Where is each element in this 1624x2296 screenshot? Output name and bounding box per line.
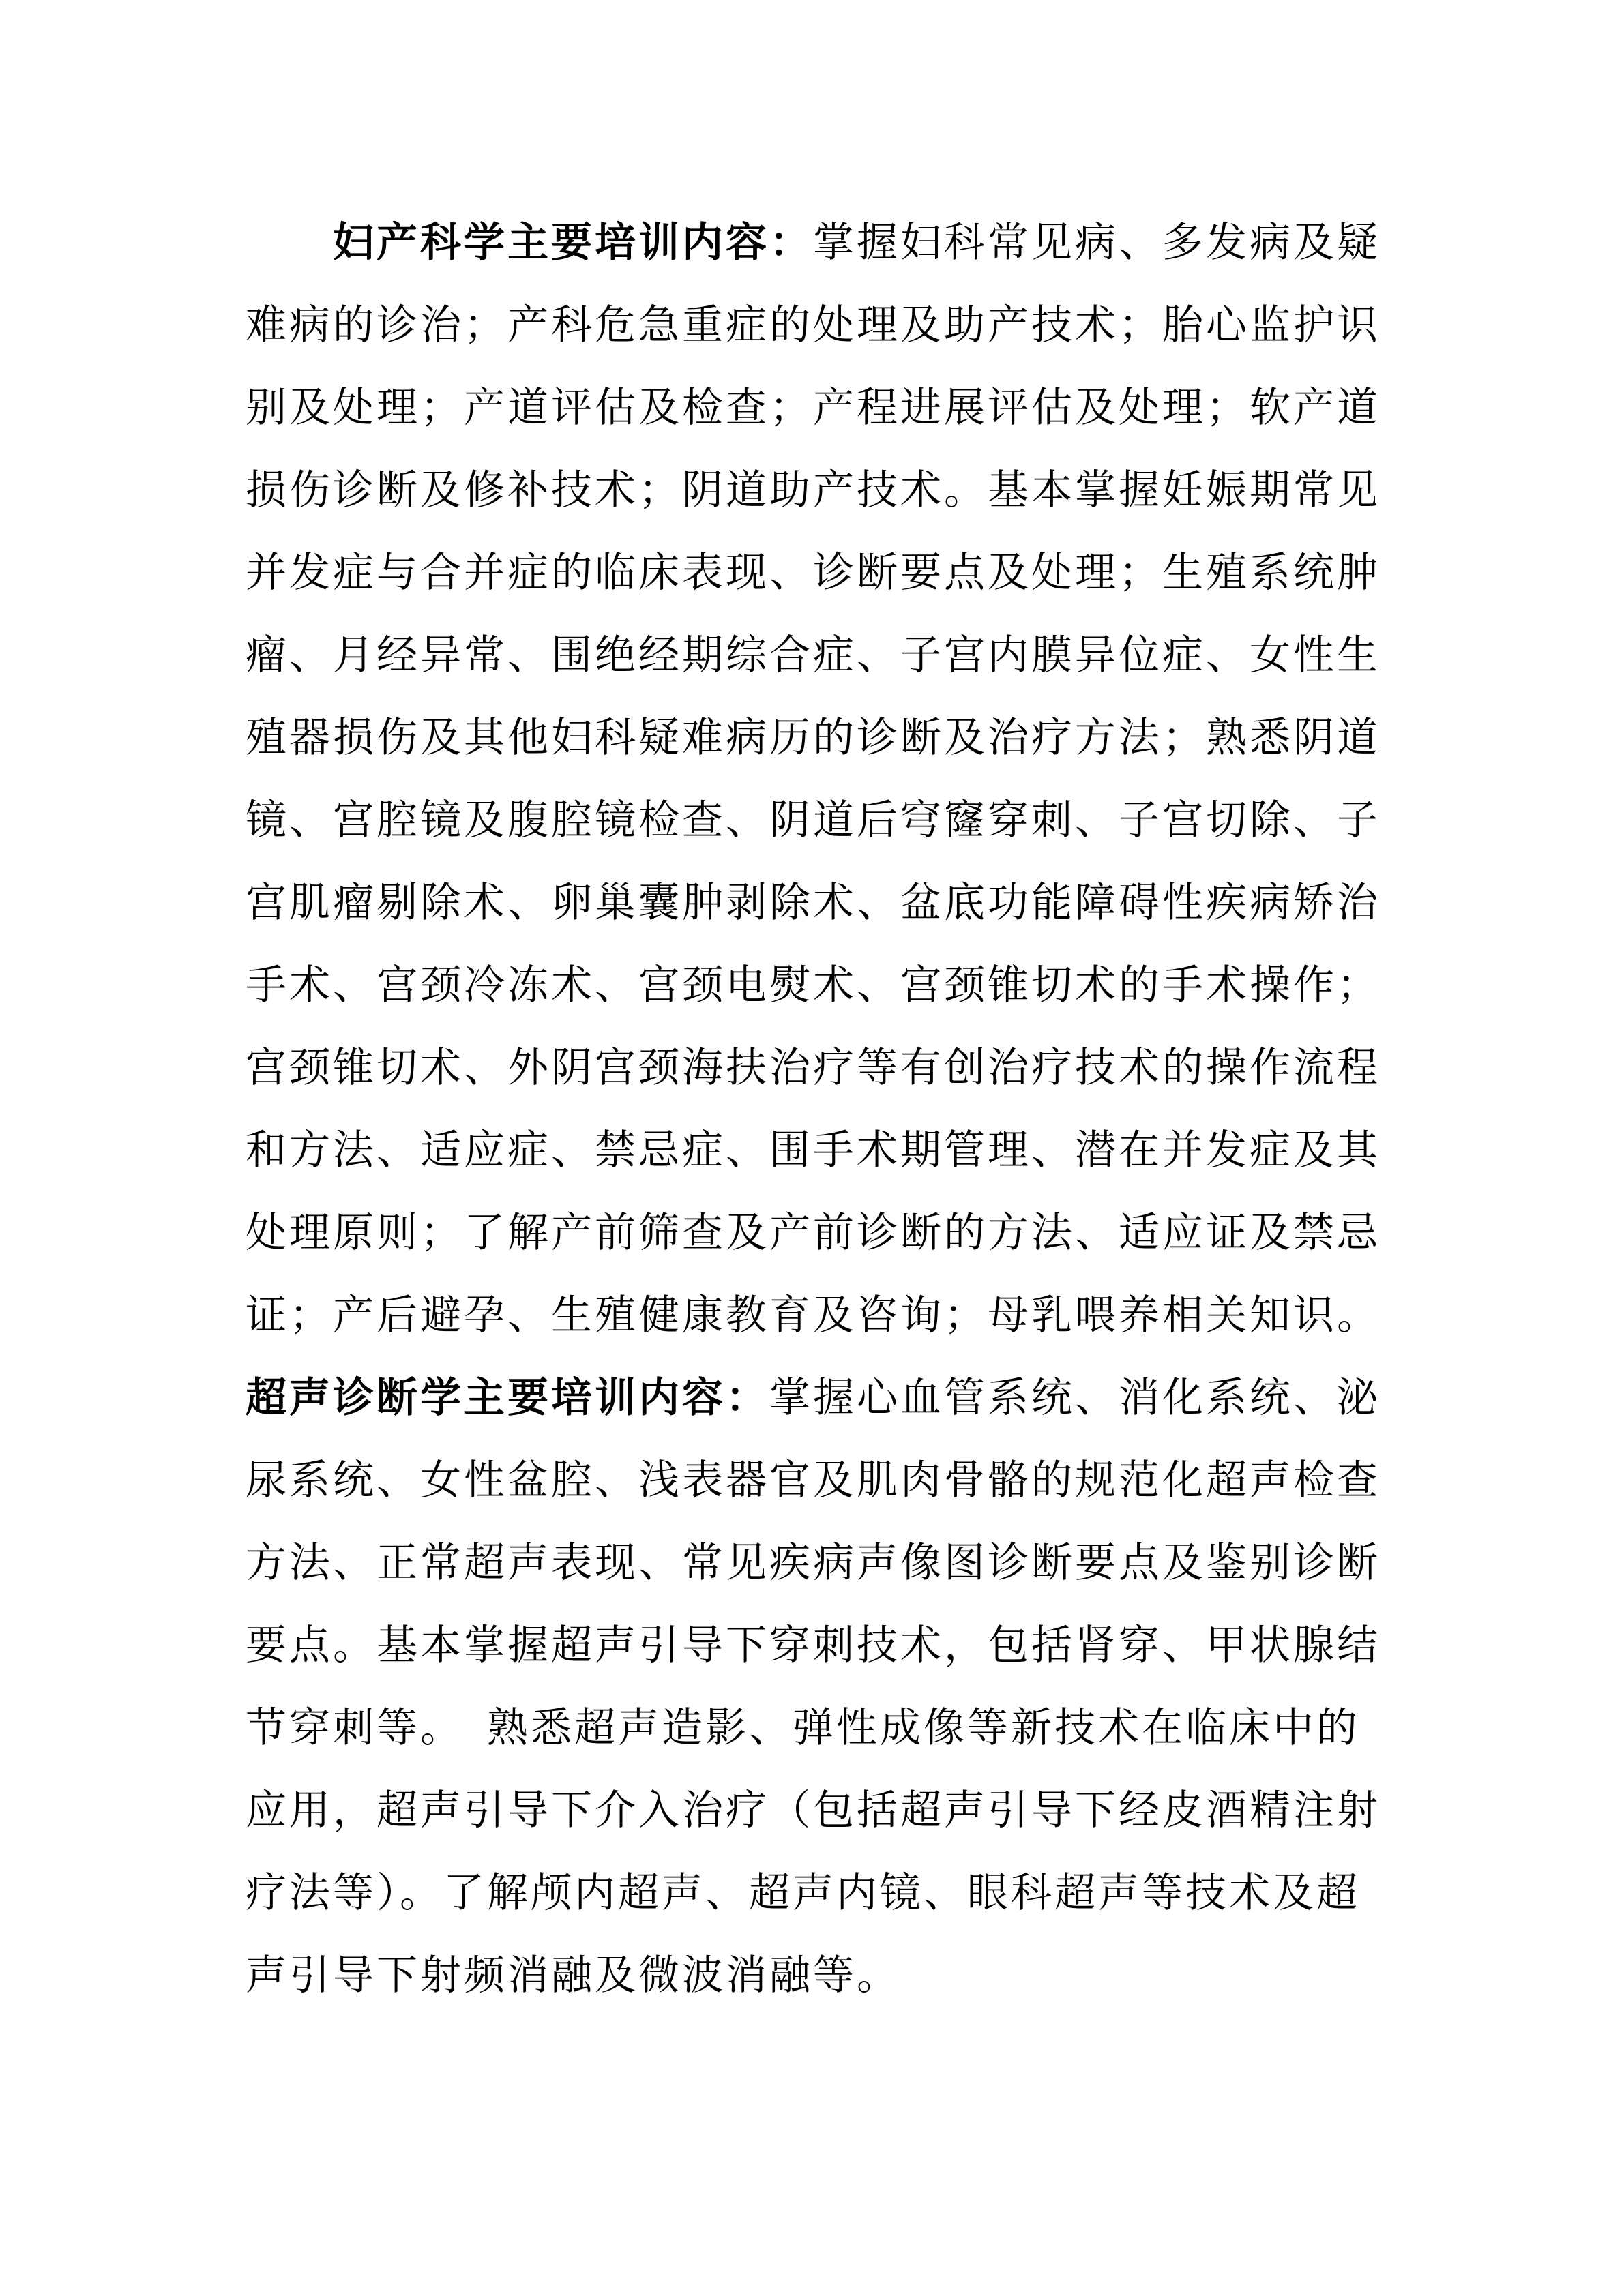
paragraph-body-text: 声引导下射频消融及微波消融等。	[246, 1953, 900, 1998]
text-line: 宫颈锥切术、外阴宫颈海扶治疗等有创治疗技术的操作流程	[246, 1027, 1391, 1109]
paragraph-body-text: 节穿刺等。 熟悉超声造影、弹性成像等新技术在临床中的	[246, 1705, 1360, 1750]
paragraph-body-text: 手术、宫颈冷冻术、宫颈电熨术、宫颈锥切术的手术操作；	[246, 963, 1381, 1008]
text-line: 瘤、月经异常、围绝经期综合症、子宫内膜异位症、女性生	[246, 614, 1391, 697]
text-line: 并发症与合并症的临床表现、诊断要点及处理；生殖系统肿	[246, 532, 1391, 614]
paragraph-body-text: 瘤、月经异常、围绝经期综合症、子宫内膜异位症、女性生	[246, 633, 1381, 678]
text-line: 损伤诊断及修补技术；阴道助产技术。基本掌握妊娠期常见	[246, 449, 1391, 532]
text-line: 镜、宫腔镜及腹腔镜检查、阴道后穹窿穿刺、子宫切除、子	[246, 779, 1391, 862]
text-line: 尿系统、女性盆腔、浅表器官及肌肉骨骼的规范化超声检查	[246, 1440, 1391, 1522]
text-line: 手术、宫颈冷冻术、宫颈电熨术、宫颈锥切术的手术操作；	[246, 944, 1391, 1027]
paragraph-body-text: 尿系统、女性盆腔、浅表器官及肌肉骨骼的规范化超声检查	[246, 1458, 1381, 1503]
paragraph-heading-text: 妇产科学主要培训内容：	[333, 220, 813, 265]
paragraph-body-text: 要点。基本掌握超声引导下穿刺技术，包括肾穿、甲状腺结	[246, 1623, 1381, 1668]
paragraph-body-text: 难病的诊治；产科危急重症的处理及助产技术；胎心监护识	[246, 303, 1381, 348]
paragraph-body-text: 应用，超声引导下介入治疗（包括超声引导下经皮酒精注射	[246, 1788, 1381, 1833]
paragraph-body-text: 宫颈锥切术、外阴宫颈海扶治疗等有创治疗技术的操作流程	[246, 1045, 1381, 1090]
paragraph-body-text: 和方法、适应症、禁忌症、围手术期管理、潜在并发症及其	[246, 1128, 1381, 1173]
text-line: 节穿刺等。 熟悉超声造影、弹性成像等新技术在临床中的	[246, 1687, 1391, 1770]
paragraph-body-text: 别及处理；产道评估及检查；产程进展评估及处理；软产道	[246, 385, 1381, 430]
paragraph-body-text: 疗法等）。了解颅内超声、超声内镜、眼科超声等技术及超	[246, 1870, 1360, 1915]
text-line: 要点。基本掌握超声引导下穿刺技术，包括肾穿、甲状腺结	[246, 1605, 1391, 1687]
text-line: 别及处理；产道评估及检查；产程进展评估及处理；软产道	[246, 367, 1391, 449]
document-page-body: { "page": { "background_color": "#ffffff…	[0, 0, 1624, 2296]
paragraph-body-text: 殖器损伤及其他妇科疑难病历的诊断及治疗方法；熟悉阴道	[246, 715, 1381, 760]
paragraph-body-text: 方法、正常超声表现、常见疾病声像图诊断要点及鉴别诊断	[246, 1540, 1381, 1585]
paragraph-heading-text: 超声诊断学主要培训内容：	[246, 1375, 769, 1420]
paragraph-body-text: 损伤诊断及修补技术；阴道助产技术。基本掌握妊娠期常见	[246, 468, 1381, 513]
paragraph-body-text: 并发症与合并症的临床表现、诊断要点及处理；生殖系统肿	[246, 550, 1381, 595]
text-line: 和方法、适应症、禁忌症、围手术期管理、潜在并发症及其	[246, 1109, 1391, 1192]
text-line: 宫肌瘤剔除术、卵巢囊肿剥除术、盆底功能障碍性疾病矫治	[246, 862, 1391, 944]
paragraph-body-text: 宫肌瘤剔除术、卵巢囊肿剥除术、盆底功能障碍性疾病矫治	[246, 880, 1381, 925]
text-line: 处理原则；了解产前筛查及产前诊断的方法、适应证及禁忌	[246, 1192, 1391, 1274]
text-line: 应用，超声引导下介入治疗（包括超声引导下经皮酒精注射	[246, 1770, 1391, 1852]
document-page: 妇产科学主要培训内容：掌握妇科常见病、多发病及疑难病的诊治；产科危急重症的处理及…	[0, 0, 1624, 2296]
text-block: 妇产科学主要培训内容：掌握妇科常见病、多发病及疑难病的诊治；产科危急重症的处理及…	[246, 202, 1391, 2017]
paragraph-body-text: 镜、宫腔镜及腹腔镜检查、阴道后穹窿穿刺、子宫切除、子	[246, 798, 1381, 843]
paragraph-body-text: 证；产后避孕、生殖健康教育及咨询；母乳喂养相关知识。	[246, 1293, 1381, 1338]
text-line: 超声诊断学主要培训内容：掌握心血管系统、消化系统、泌	[246, 1357, 1391, 1440]
paragraph-body-text: 处理原则；了解产前筛查及产前诊断的方法、适应证及禁忌	[246, 1210, 1381, 1255]
text-line: 疗法等）。了解颅内超声、超声内镜、眼科超声等技术及超	[246, 1852, 1391, 1935]
paragraph-body-text: 掌握妇科常见病、多发病及疑	[813, 220, 1381, 265]
text-line: 声引导下射频消融及微波消融等。	[246, 1935, 1391, 2017]
paragraph-body-text: 掌握心血管系统、消化系统、泌	[769, 1375, 1381, 1420]
text-line: 证；产后避孕、生殖健康教育及咨询；母乳喂养相关知识。	[246, 1274, 1391, 1357]
text-line: 殖器损伤及其他妇科疑难病历的诊断及治疗方法；熟悉阴道	[246, 697, 1391, 779]
text-line: 难病的诊治；产科危急重症的处理及助产技术；胎心监护识	[246, 284, 1391, 367]
text-line: 妇产科学主要培训内容：掌握妇科常见病、多发病及疑	[246, 202, 1391, 284]
text-line: 方法、正常超声表现、常见疾病声像图诊断要点及鉴别诊断	[246, 1522, 1391, 1605]
paragraph-body-text	[246, 220, 333, 265]
